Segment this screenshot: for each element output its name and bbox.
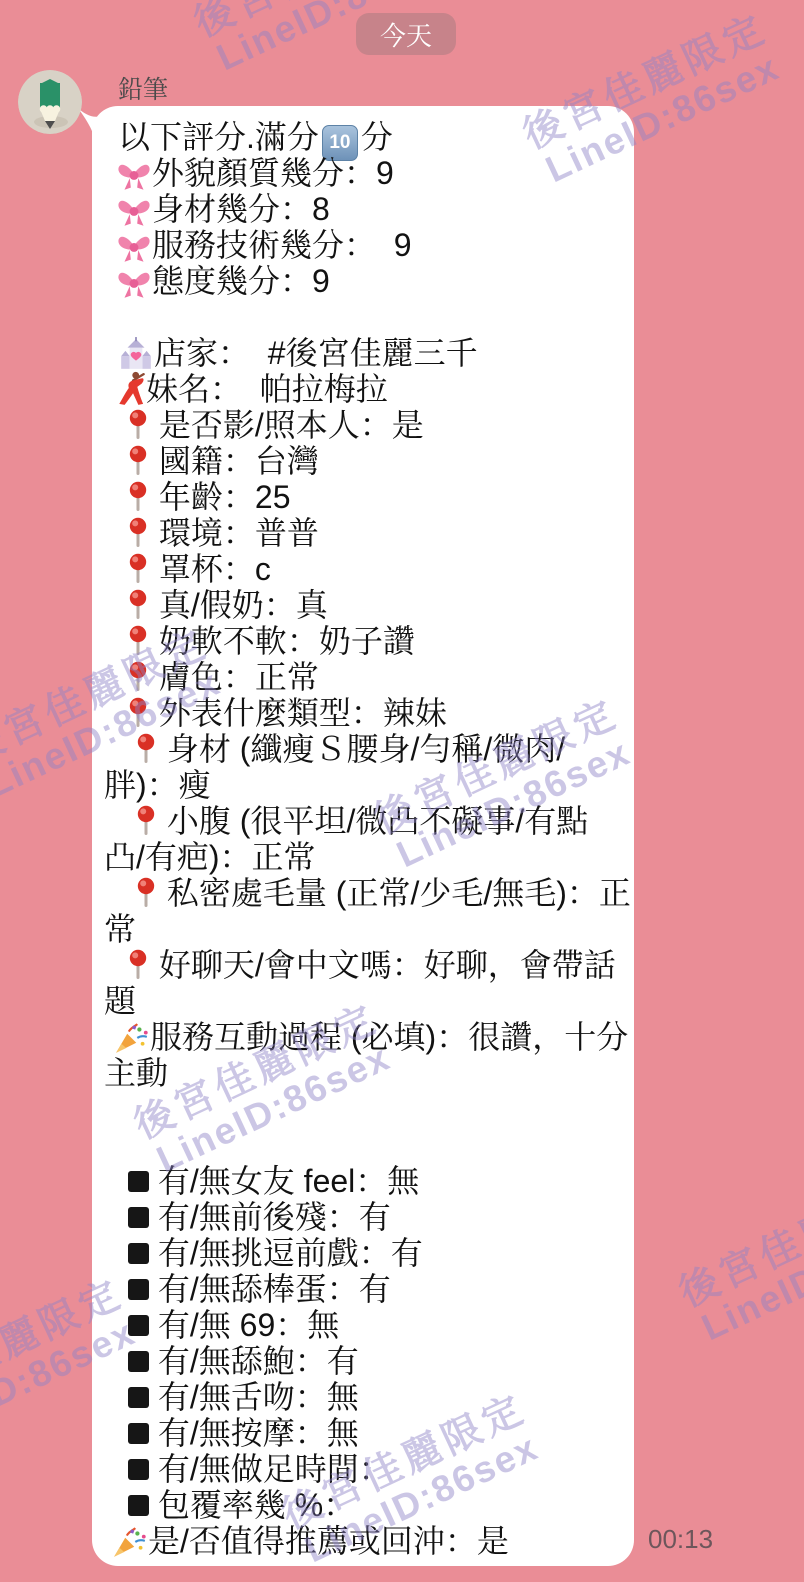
pin-icon [126, 661, 150, 695]
message-line: 私密處毛量 (正常/少毛/無毛)：正 [104, 875, 624, 911]
message-line: 身材 (纖瘦Ｓ腰身/勻稱/微肉/ [104, 731, 624, 767]
message-line: 包覆率幾 %： [104, 1487, 624, 1523]
message-line: 服務技術幾分： 9 [104, 227, 624, 263]
line-text: 主動 [104, 1055, 168, 1091]
line-text: 店家： #後宮佳麗三千 [154, 335, 478, 371]
message-line: 常 [104, 911, 624, 947]
message-line [104, 1127, 624, 1163]
party-icon [114, 1023, 150, 1055]
watermark-line2: LineID:86sex [691, 1203, 804, 1350]
pin-icon [126, 517, 150, 551]
avatar[interactable] [18, 70, 82, 134]
message-line: 身材幾分：8 [104, 191, 624, 227]
line-text: 有/無挑逗前戲：有 [149, 1235, 423, 1271]
pin-icon [126, 481, 150, 515]
pin-icon [126, 697, 150, 731]
pin-icon [134, 877, 158, 911]
line-text: 凸/有疤)：正常 [104, 839, 316, 875]
square-icon [128, 1459, 149, 1480]
message-line [104, 1091, 624, 1127]
message-line: 主動 [104, 1055, 624, 1091]
square-icon [128, 1171, 149, 1192]
watermark: 後宮佳麗限定LineID:86sex [673, 1166, 804, 1351]
line-text: 有/無前後殘：有 [149, 1199, 391, 1235]
message-line: 有/無做足時間： [104, 1451, 624, 1487]
line-text: 真/假奶：真 [150, 587, 328, 623]
message-line: 真/假奶：真 [104, 587, 624, 623]
line-text: 膚色：正常 [150, 659, 319, 695]
line-text: 服務互動過程 (必填)：很讚，十分 [150, 1019, 628, 1055]
line-text: 身材 (纖瘦Ｓ腰身/勻稱/微肉/ [158, 731, 565, 767]
message-line: 店家： #後宮佳麗三千 [104, 335, 624, 371]
pin-icon [126, 445, 150, 479]
message-line: 年齡：25 [104, 479, 624, 515]
line-text: 分 [361, 119, 393, 155]
line-text: 常 [104, 911, 136, 947]
message-line: 有/無挑逗前戲：有 [104, 1235, 624, 1271]
date-separator-label: 今天 [380, 16, 432, 53]
party-icon [112, 1527, 148, 1559]
line-text: 包覆率幾 %： [149, 1487, 355, 1523]
message-line: 環境：普普 [104, 515, 624, 551]
line-text: 是/否值得推薦或回沖：是 [148, 1523, 509, 1559]
message-line: 有/無女友 feel：無 [104, 1163, 624, 1199]
message-line: 服務互動過程 (必填)：很讚，十分 [104, 1019, 624, 1055]
square-icon [128, 1423, 149, 1444]
line-text: 外表什麼類型：辣妹 [150, 695, 447, 731]
square-icon [128, 1243, 149, 1264]
message-line: 有/無按摩：無 [104, 1415, 624, 1451]
line-text: 私密處毛量 (正常/少毛/無毛)：正 [158, 875, 631, 911]
line-text: 外貌顏質幾分：9 [152, 155, 394, 191]
line-text: 有/無舔鮑：有 [149, 1343, 359, 1379]
message-line: 凸/有疤)：正常 [104, 839, 624, 875]
pin-icon [126, 625, 150, 659]
message-line: 是否影/照本人：是 [104, 407, 624, 443]
line-text: 妹名： 帕拉梅拉 [146, 371, 388, 407]
message-line: 題 [104, 983, 624, 1019]
pin-icon [126, 553, 150, 587]
line-text: 小腹 (很平坦/微凸不礙事/有點 [158, 803, 588, 839]
line-text: 服務技術幾分： 9 [152, 227, 412, 263]
pin-icon [134, 805, 158, 839]
message-line: 胖)：瘦 [104, 767, 624, 803]
square-icon [128, 1207, 149, 1228]
church-icon [118, 337, 154, 371]
pin-icon [126, 949, 150, 983]
line-text: 年齡：25 [150, 479, 291, 515]
pin-icon [126, 409, 150, 443]
message-line: 態度幾分：9 [104, 263, 624, 299]
message-line: 膚色：正常 [104, 659, 624, 695]
message-line: 好聊天/會中文嗎：好聊，會帶話 [104, 947, 624, 983]
line-text: 有/無 69：無 [149, 1307, 339, 1343]
message-text: 以下評分.滿分10分外貌顏質幾分：9身材幾分：8服務技術幾分： 9態度幾分：9 … [104, 119, 624, 1559]
line-text: 有/無按摩：無 [149, 1415, 359, 1451]
square-icon [128, 1495, 149, 1516]
square-icon [128, 1315, 149, 1336]
line-text: 以下評分.滿分 [118, 119, 319, 155]
watermark-line1: 後宮佳麗限定 [673, 1166, 804, 1315]
message-line: 奶軟不軟：奶子讚 [104, 623, 624, 659]
line-text: 身材幾分：8 [152, 191, 330, 227]
bow-icon [116, 233, 152, 263]
line-text: 有/無女友 feel：無 [149, 1163, 419, 1199]
bow-icon [116, 161, 152, 191]
message-line: 有/無舌吻：無 [104, 1379, 624, 1415]
square-icon [128, 1387, 149, 1408]
pin-icon [134, 733, 158, 767]
line-text: 有/無做足時間： [149, 1451, 391, 1487]
date-separator-pill: 今天 [356, 13, 456, 55]
bow-icon [116, 269, 152, 299]
line-text: 態度幾分：9 [152, 263, 330, 299]
message-bubble[interactable]: 以下評分.滿分10分外貌顏質幾分：9身材幾分：8服務技術幾分： 9態度幾分：9 … [92, 106, 634, 1566]
line-text: 國籍：台灣 [150, 443, 319, 479]
line-text: 好聊天/會中文嗎：好聊，會帶話 [150, 947, 616, 983]
chat-screen: 今天 鉛筆 以下評分.滿分10分外貌顏質幾分：9身材幾分：8服務技術幾分： 9態… [0, 0, 804, 1582]
line-text: 奶軟不軟：奶子讚 [150, 623, 415, 659]
message-line: 有/無舔棒蛋：有 [104, 1271, 624, 1307]
message-line [104, 299, 624, 335]
bubble-tail [78, 108, 108, 140]
message-line: 妹名： 帕拉梅拉 [104, 371, 624, 407]
line-text: 胖)：瘦 [104, 767, 211, 803]
message-line: 外表什麼類型：辣妹 [104, 695, 624, 731]
line-text: 有/無舌吻：無 [149, 1379, 359, 1415]
dancer-icon [118, 371, 146, 407]
message-line: 有/無前後殘：有 [104, 1199, 624, 1235]
line-text: 罩杯：c [150, 551, 271, 587]
line-text: 有/無舔棒蛋：有 [149, 1271, 391, 1307]
message-line: 以下評分.滿分10分 [104, 119, 624, 155]
line-text: 是否影/照本人：是 [150, 407, 424, 443]
message-line: 國籍：台灣 [104, 443, 624, 479]
pencil-avatar-icon [18, 70, 82, 134]
message-timestamp: 00:13 [648, 1524, 713, 1555]
pin-icon [126, 589, 150, 623]
square-icon [128, 1279, 149, 1300]
line-text: 題 [104, 983, 136, 1019]
sender-name: 鉛筆 [118, 70, 168, 106]
message-line: 小腹 (很平坦/微凸不礙事/有點 [104, 803, 624, 839]
message-line: 有/無舔鮑：有 [104, 1343, 624, 1379]
line-text: 環境：普普 [150, 515, 319, 551]
message-line: 是/否值得推薦或回沖：是 [104, 1523, 624, 1559]
message-line: 有/無 69：無 [104, 1307, 624, 1343]
message-line: 罩杯：c [104, 551, 624, 587]
bow-icon [116, 197, 152, 227]
square-icon [128, 1351, 149, 1372]
message-line: 外貌顏質幾分：9 [104, 155, 624, 191]
